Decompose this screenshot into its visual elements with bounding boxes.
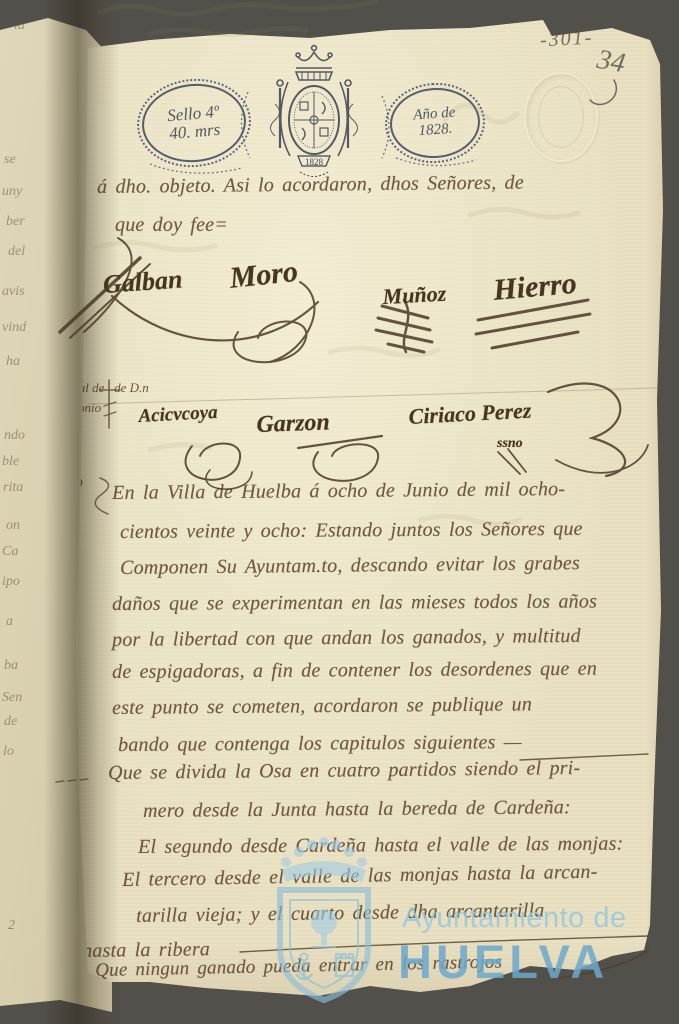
bleed-fragment: avis: [2, 284, 25, 300]
bleed-fragment: se: [4, 152, 16, 168]
crest-shield: [289, 86, 339, 154]
signature-munoz: Muñoz: [382, 281, 447, 310]
embossed-seal: [524, 72, 598, 162]
manuscript-line: Que se divida la Osa en cuatro partidos …: [108, 757, 580, 785]
bleed-fragment: lo: [3, 744, 14, 760]
bleed-fragment: uny: [2, 184, 22, 200]
folio-number-pencil-alt: 34: [594, 44, 627, 80]
bleed-fragment: del: [8, 244, 25, 260]
crest-crown: [296, 46, 332, 80]
manuscript-line: En la Villa de Huelba á ocho de Junio de…: [112, 478, 565, 505]
bleed-fragment: vind: [2, 320, 26, 336]
signature-hierro: Hierro: [492, 267, 578, 308]
scanner-background: ia se uny ber del avis vind ha ndo ble r…: [0, 0, 679, 1024]
royal-coat-of-arms-stamp: 1828: [250, 42, 378, 182]
manuscript-line: cientos veinte y ocho: Estando juntos lo…: [120, 518, 583, 544]
stamp-denomination-oval: Sello 4º 40. mrs: [139, 80, 249, 167]
document-page: -301- 34 Sello 4º 40. mrs Año de 1828.: [0, 0, 679, 1024]
bleed-fragment: Ca: [2, 544, 18, 560]
bleed-fragment: a: [6, 614, 13, 630]
stamp-year-line2: 1828.: [418, 122, 453, 140]
bleed-fragment: ia: [14, 18, 25, 34]
manuscript-line: á dho. objeto. Asi lo acordaron, dhos Se…: [97, 172, 524, 199]
bleed-fragment: ba: [4, 658, 18, 674]
manuscript-line: daños que se experimentan en las mieses …: [112, 590, 597, 616]
manuscript-line: mero desde la Junta hasta la bereda de C…: [143, 796, 571, 823]
bleed-fragment: ha: [6, 354, 20, 370]
crest-year: 1828: [305, 157, 324, 167]
signature-ciriaco-perez: Ciriaco Perez: [408, 398, 532, 430]
folio-number-pencil: -301-: [539, 27, 593, 53]
bleed-fragment: ber: [6, 214, 25, 230]
bleed-fragment: ndo: [4, 428, 25, 444]
bleed-fragment: de: [4, 714, 17, 730]
signature-garzon: Garzon: [256, 409, 330, 439]
manuscript-line: tarilla vieja; y el cuarto desde dha arc…: [136, 899, 545, 928]
signature-escribano-abbrev: ssno: [497, 436, 523, 452]
bleed-fragment: ipo: [2, 574, 20, 590]
manuscript-line: que doy fee=: [115, 214, 228, 237]
bleed-fragment: Sen: [2, 690, 22, 706]
signature-galban: Galban: [102, 264, 183, 299]
manuscript-line: por la libertad con que andan los ganado…: [112, 625, 581, 652]
manuscript-line: Componen Su Ayuntam.to, descando evitar …: [120, 552, 580, 580]
embossed-seal-ring: [538, 86, 584, 148]
manuscript-line: El tercero desde el valle de las monjas …: [122, 861, 598, 892]
manuscript-line: de espigadoras, a fin de contener los de…: [112, 658, 597, 684]
signature-acicvcoya: Acicvcoya: [138, 402, 218, 428]
stamp-denomination-line2: 40. mrs: [169, 121, 221, 143]
bleed-fragment: on: [6, 518, 20, 534]
signature-moro: Moro: [228, 255, 300, 296]
stamp-year-oval: Año de 1828.: [388, 85, 483, 161]
bleed-fragment: ble: [2, 454, 19, 470]
manuscript-line: bando que contenga los capitulos siguien…: [118, 731, 522, 757]
manuscript-line: este punto se cometen, acordaron se publ…: [112, 693, 532, 720]
bleed-fragment: rita: [3, 480, 23, 496]
manuscript-line: El segundo desde Cardeña hasta el valle …: [138, 833, 623, 859]
bleed-fragment: 2: [8, 918, 15, 934]
